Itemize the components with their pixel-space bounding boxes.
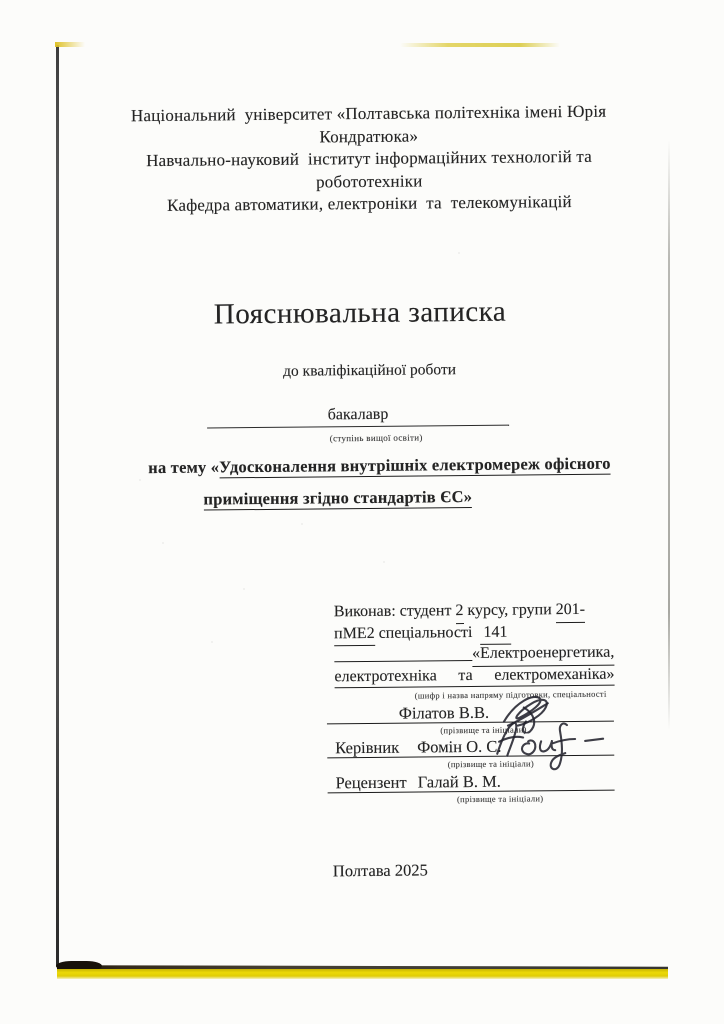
executor-name: Філатов В.В. bbox=[399, 703, 489, 723]
executor-row2: пМЕ2 спеціальності 141 bbox=[334, 620, 614, 644]
department-line: Кафедра автоматики, електроніки та телек… bbox=[92, 190, 647, 218]
executor-block: Виконав: студент 2 курсу, групи 201- пМЕ… bbox=[334, 599, 615, 702]
document-title: Пояснювальна записка bbox=[80, 294, 640, 332]
specialty-name-word2: та bbox=[458, 664, 473, 686]
specialty-name-word3: електромеханіка» bbox=[494, 663, 614, 686]
theme-prefix: на тему « bbox=[148, 457, 219, 477]
printed-content: Національний університет «Полтавська пол… bbox=[0, 0, 724, 1024]
executor-row1-text: Виконав: студент bbox=[334, 600, 456, 623]
document-subtitle: до кваліфікаційної роботи bbox=[89, 359, 649, 382]
group-number-part2: пМЕ2 bbox=[334, 622, 375, 646]
scanned-title-page: Національний університет «Полтавська пол… bbox=[0, 0, 724, 1024]
specialty-name-word1: електротехніка bbox=[334, 665, 436, 687]
university-header: Національний університет «Полтавська пол… bbox=[91, 100, 647, 218]
executor-row1-text2: курсу, групи bbox=[463, 599, 556, 621]
supervisor-label: Керівник bbox=[335, 738, 399, 758]
executor-row4: електротехнікатаелектромеханіка» bbox=[334, 663, 614, 688]
specialty-label: спеціальності bbox=[375, 621, 481, 644]
name-caption: (прізвище та ініціали) bbox=[357, 792, 644, 805]
degree-field: бакалавр bbox=[207, 405, 509, 429]
theme-line1: на тему «Удосконалення внутрішніх електр… bbox=[119, 453, 639, 478]
executor-row3: «Електроенергетика, bbox=[334, 642, 614, 666]
degree-value: бакалавр bbox=[328, 406, 389, 424]
reviewer-name: Галай В. М. bbox=[418, 772, 501, 792]
theme-line2: приміщення згідно стандартів ЄС» bbox=[105, 486, 571, 510]
reviewer-label: Рецензент bbox=[335, 773, 406, 793]
course-number: 2 bbox=[455, 600, 463, 624]
group-number-part1: 201- bbox=[556, 599, 586, 623]
theme-text-line2: приміщення згідно стандартів ЄС» bbox=[203, 487, 472, 511]
theme-text-line1: Удосконалення внутрішніх електромереж оф… bbox=[219, 454, 611, 479]
supervisor-signature-icon bbox=[489, 717, 615, 776]
executor-row1: Виконав: студент 2 курсу, групи 201- bbox=[334, 599, 614, 623]
degree-caption: (ступінь вищої освіти) bbox=[96, 430, 656, 445]
specialty-code: 141 bbox=[480, 621, 511, 645]
city-year-line: Полтава 2025 bbox=[100, 858, 660, 883]
blank-line-fill bbox=[334, 659, 472, 661]
